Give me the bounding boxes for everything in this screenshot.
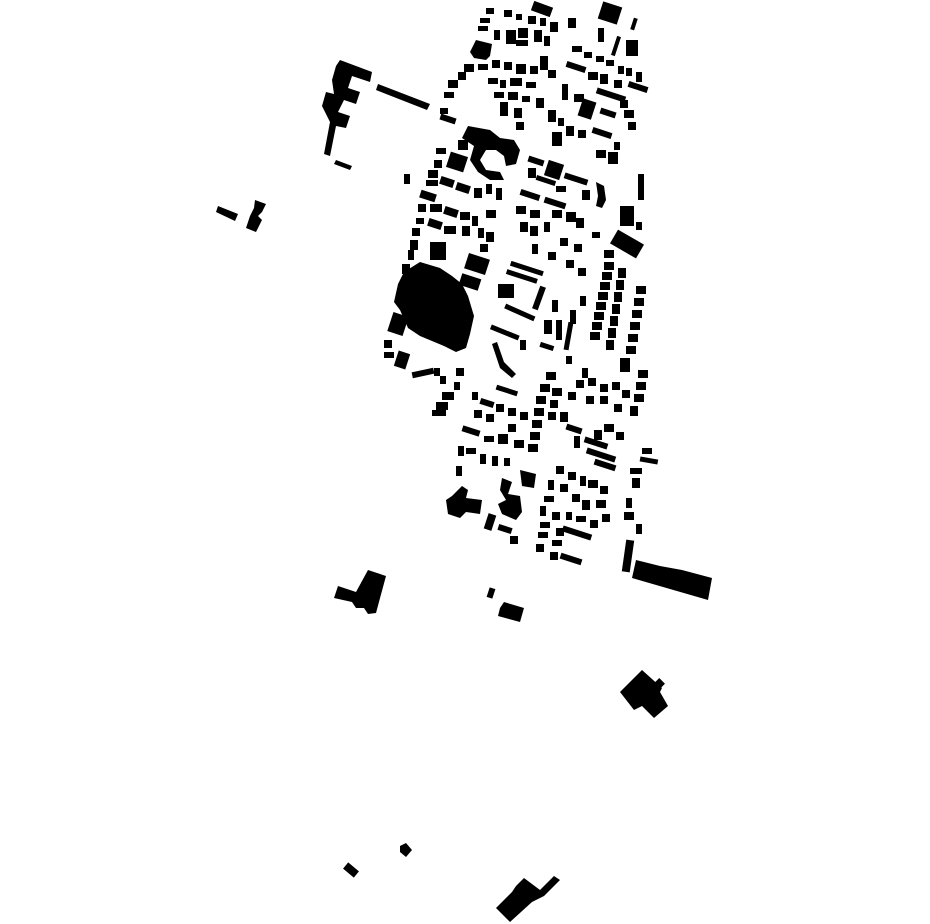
building-footprints (0, 0, 930, 924)
figure-ground-map (0, 0, 930, 924)
